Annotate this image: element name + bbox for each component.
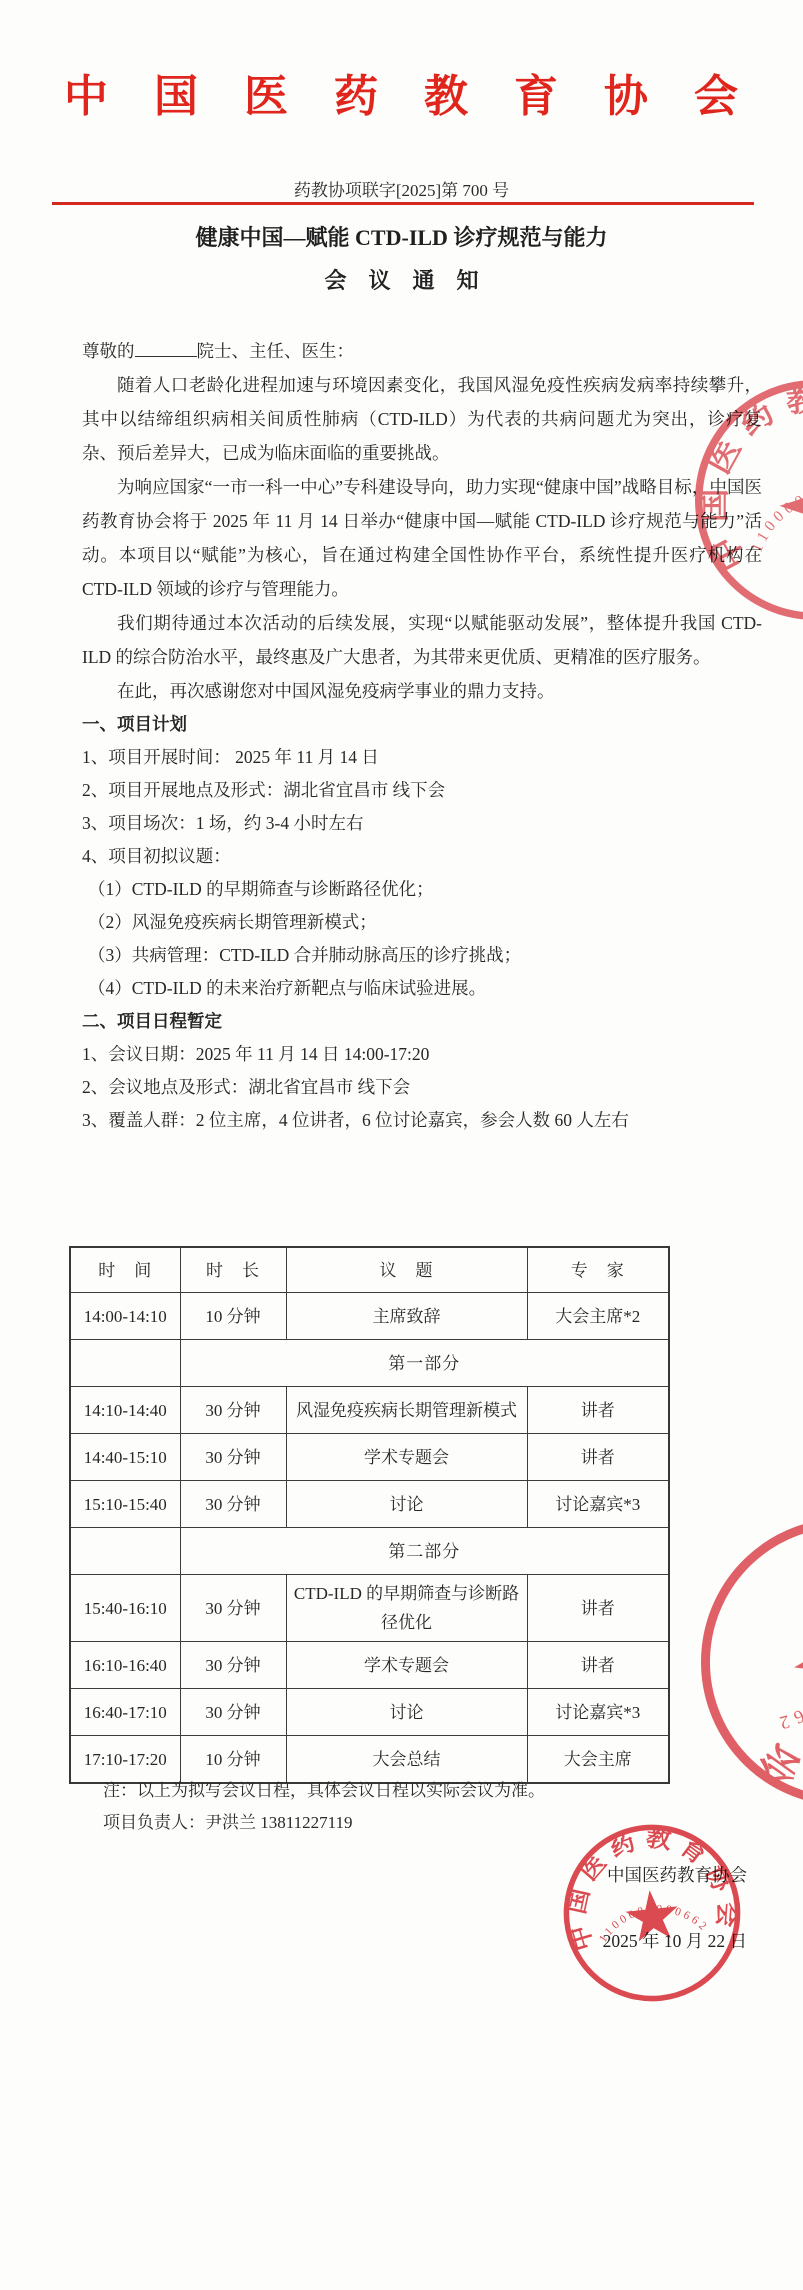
schedule-cell-topic: 学术专题会 <box>286 1434 527 1481</box>
schedule-cell-topic: 讨论 <box>286 1689 527 1736</box>
schedule-cell-topic: 讨论 <box>286 1481 527 1528</box>
section1-item: 1、项目开展时间： 2025 年 11 月 14 日 <box>82 741 762 774</box>
schedule-cell-duration: 10 分钟 <box>180 1293 286 1340</box>
schedule-cell-expert: 讨论嘉宾*3 <box>527 1481 669 1528</box>
schedule-cell-duration: 30 分钟 <box>180 1387 286 1434</box>
schedule-cell-expert: 讲者 <box>527 1387 669 1434</box>
schedule-cell-time: 14:40-15:10 <box>70 1434 180 1481</box>
salutation-prefix: 尊敬的 <box>82 341 135 361</box>
schedule-cell-expert: 大会主席 <box>527 1736 669 1784</box>
schedule-header-cell: 时 间 <box>70 1247 180 1293</box>
schedule-header-cell: 专 家 <box>527 1247 669 1293</box>
section1-sub-item: （1）CTD-ILD 的早期筛查与诊断路径优化； <box>82 873 762 906</box>
schedule-cell-topic: 学术专题会 <box>286 1642 527 1689</box>
paragraph: 为响应国家“一市一科一中心”专科建设导向，助力实现“健康中国”战略目标，中国医药… <box>82 470 762 606</box>
schedule-cell-time: 14:10-14:40 <box>70 1387 180 1434</box>
schedule-cell-time: 15:10-15:40 <box>70 1481 180 1528</box>
schedule-row: 14:10-14:4030 分钟风湿免疫疾病长期管理新模式讲者 <box>70 1387 669 1434</box>
schedule-header-cell: 议 题 <box>286 1247 527 1293</box>
paragraph: 随着人口老龄化进程加速与环境因素变化，我国风湿免疫性疾病发病率持续攀升，其中以结… <box>82 368 762 470</box>
section2-item: 1、会议日期：2025 年 11 月 14 日 14:00-17:20 <box>82 1038 762 1071</box>
section1-item: 3、项目场次：1 场，约 3-4 小时左右 <box>82 807 762 840</box>
salutation-suffix: 院士、主任、医生： <box>197 341 355 361</box>
schedule-row: 16:10-16:4030 分钟学术专题会讲者 <box>70 1642 669 1689</box>
section1-item: 2、项目开展地点及形式：湖北省宜昌市 线下会 <box>82 774 762 807</box>
meeting-notice-document: 中 国 医 药 教 育 协 会 药教协项联字[2025]第 700 号 健康中国… <box>0 0 803 2290</box>
schedule-cell-time: 16:10-16:40 <box>70 1642 180 1689</box>
schedule-cell-expert: 讲者 <box>527 1434 669 1481</box>
schedule-cell-topic: 风湿免疫疾病长期管理新模式 <box>286 1387 527 1434</box>
schedule-table: 时 间时 长议 题专 家 14:00-14:1010 分钟主席致辞大会主席*2第… <box>69 1246 670 1784</box>
schedule-note: 注：以上为拟写会议日程，具体会议日程以实际会议为准。 <box>103 1776 545 1801</box>
signoff-org: 中国医药教育协会 <box>607 1862 747 1887</box>
section2-item: 2、会议地点及形式：湖北省宜昌市 线下会 <box>82 1071 762 1104</box>
schedule-header-cell: 时 长 <box>180 1247 286 1293</box>
svg-text:中国医药教育协会: 中国医药教育协会 <box>735 1507 803 1857</box>
schedule-cell-topic: 主席致辞 <box>286 1293 527 1340</box>
schedule-cell-expert: 讲者 <box>527 1642 669 1689</box>
schedule-row: 14:00-14:1010 分钟主席致辞大会主席*2 <box>70 1293 669 1340</box>
schedule-row: 14:40-15:1030 分钟学术专题会讲者 <box>70 1434 669 1481</box>
schedule-cell-duration: 30 分钟 <box>180 1575 286 1642</box>
header-divider <box>52 202 754 205</box>
project-contact: 项目负责人：尹洪兰 13811227119 <box>103 1808 353 1833</box>
body-text: 尊敬的院士、主任、医生： 随着人口老龄化进程加速与环境因素变化，我国风湿免疫性疾… <box>82 334 762 1137</box>
schedule-section-label: 第二部分 <box>180 1528 669 1575</box>
schedule-cell-time: 15:40-16:10 <box>70 1575 180 1642</box>
schedule-section-row: 第一部分 <box>70 1340 669 1387</box>
schedule-row: 15:10-15:4030 分钟讨论讨论嘉宾*3 <box>70 1481 669 1528</box>
seal-star-icon <box>771 459 803 546</box>
doc-number: 药教协项联字[2025]第 700 号 <box>0 176 803 201</box>
section1-sub-items: （1）CTD-ILD 的早期筛查与诊断路径优化；（2）风湿免疫疾病长期管理新模式… <box>82 873 762 1005</box>
schedule-section-label: 第一部分 <box>180 1340 669 1387</box>
seal-star-icon <box>787 1605 803 1717</box>
signoff-date: 2025 年 10 月 22 日 <box>603 1928 747 1953</box>
doc-title: 健康中国—赋能 CTD-ILD 诊疗规范与能力 <box>0 221 803 252</box>
paragraph: 我们期待通过本次活动的后续发展，实现“以赋能驱动发展”，整体提升我国 CTD-I… <box>82 606 762 674</box>
section2-items: 1、会议日期：2025 年 11 月 14 日 14:00-17:202、会议地… <box>82 1038 762 1137</box>
paragraphs: 随着人口老龄化进程加速与环境因素变化，我国风湿免疫性疾病发病率持续攀升，其中以结… <box>82 368 762 708</box>
schedule-header-row: 时 间时 长议 题专 家 <box>70 1247 669 1293</box>
schedule-cell-duration: 30 分钟 <box>180 1434 286 1481</box>
schedule-cell-time: 16:40-17:10 <box>70 1689 180 1736</box>
section1-item: 4、项目初拟议题： <box>82 840 762 873</box>
section1-sub-item: （2）风湿免疫疾病长期管理新模式； <box>82 906 762 939</box>
section2-item: 3、覆盖人群：2 位主席，4 位讲者，6 位讨论嘉宾，参会人数 60 人左右 <box>82 1104 762 1137</box>
section1-items: 1、项目开展时间： 2025 年 11 月 14 日2、项目开展地点及形式：湖北… <box>82 741 762 873</box>
section1-sub-item: （3）共病管理：CTD-ILD 合并肺动脉高压的诊疗挑战； <box>82 939 762 972</box>
section2-heading: 二、项目日程暂定 <box>82 1005 762 1038</box>
salutation-blank <box>135 339 197 357</box>
svg-text:1100000080662: 1100000080662 <box>765 1558 803 1754</box>
schedule-cell-expert: 大会主席*2 <box>527 1293 669 1340</box>
schedule-cell-empty <box>70 1340 180 1387</box>
schedule-cell-expert: 讲者 <box>527 1575 669 1642</box>
schedule-cell-time: 14:00-14:10 <box>70 1293 180 1340</box>
schedule-row: 15:40-16:1030 分钟CTD-ILD 的早期筛查与诊断路径优化讲者 <box>70 1575 669 1642</box>
schedule-cell-duration: 30 分钟 <box>180 1642 286 1689</box>
schedule-row: 16:40-17:1030 分钟讨论讨论嘉宾*3 <box>70 1689 669 1736</box>
salutation: 尊敬的院士、主任、医生： <box>82 334 762 368</box>
schedule-cell-duration: 30 分钟 <box>180 1481 286 1528</box>
schedule-cell-duration: 30 分钟 <box>180 1689 286 1736</box>
official-seal-icon: 中国医药教育协会 1100000080662 <box>551 1812 753 2014</box>
org-name: 中 国 医 药 教 育 协 会 <box>0 60 803 124</box>
schedule-cell-topic: CTD-ILD 的早期筛查与诊断路径优化 <box>286 1575 527 1642</box>
notice-type-title: 会 议 通 知 <box>0 264 803 295</box>
schedule-cell-empty <box>70 1528 180 1575</box>
section1-heading: 一、项目计划 <box>82 708 762 741</box>
schedule-cell-expert: 讨论嘉宾*3 <box>527 1689 669 1736</box>
section1-sub-item: （4）CTD-ILD 的未来治疗新靶点与临床试验进展。 <box>82 972 762 1005</box>
paragraph: 在此，再次感谢您对中国风湿免疫病学事业的鼎力支持。 <box>82 674 762 708</box>
schedule-section-row: 第二部分 <box>70 1528 669 1575</box>
